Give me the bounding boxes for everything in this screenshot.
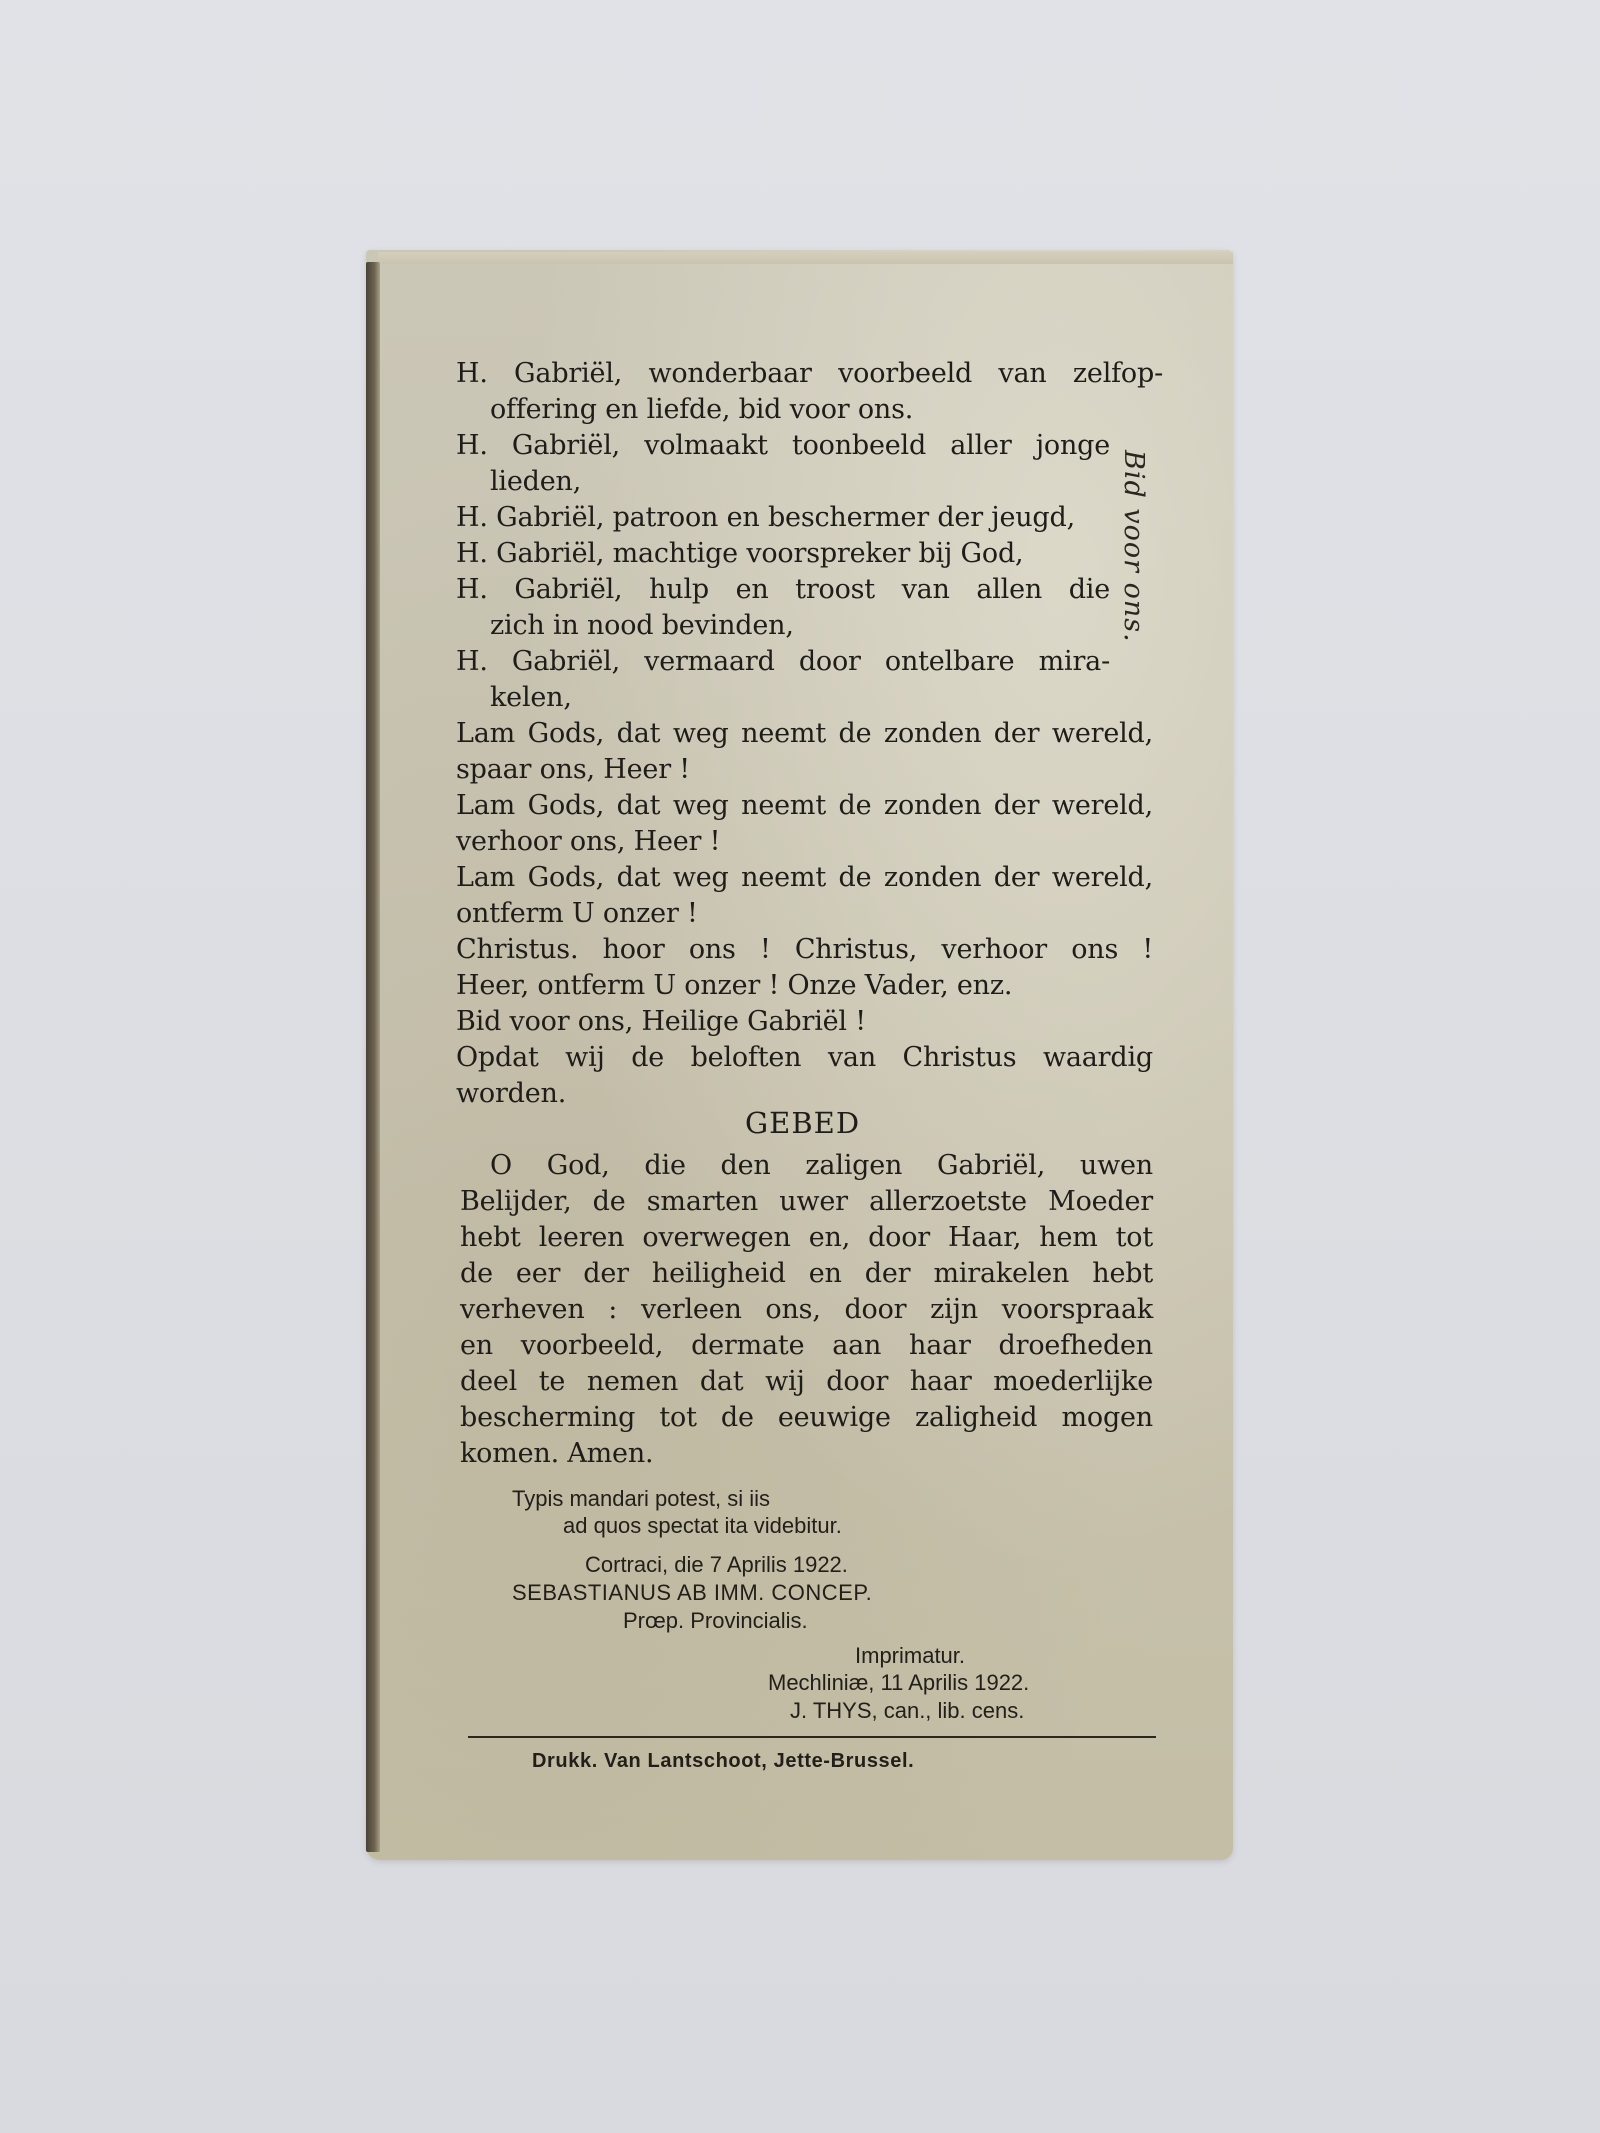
litany-line: Lam Gods, dat weg neemt de zonden der we… <box>456 788 1153 824</box>
approbation-line-2: ad quos spectat ita videbitur. <box>563 1513 842 1539</box>
approbation-signatory: SEBASTIANUS AB IMM. CONCEP. <box>512 1580 872 1606</box>
prayer-line: hebt leeren overwegen en, door Haar, hem… <box>460 1220 1153 1256</box>
litany-line: zich in nood bevinden, <box>490 608 794 644</box>
approbation-place-date: Cortraci, die 7 Aprilis 1922. <box>585 1552 848 1578</box>
litany-line: worden. <box>456 1076 566 1112</box>
prayer-line: komen. Amen. <box>460 1436 653 1472</box>
litany-line: ontferm U onzer ! <box>456 896 698 932</box>
prayer-line: O God, die den zaligen Gabriël, uwen <box>490 1148 1153 1184</box>
prayer-line: en voorbeeld, dermate aan haar droefhede… <box>460 1328 1153 1364</box>
litany-line: Christus. hoor ons ! Christus, verhoor o… <box>456 932 1153 968</box>
litany-line: offering en liefde, bid voor ons. <box>490 392 913 428</box>
litany-line: Bid voor ons, Heilige Gabriël ! <box>456 1004 866 1040</box>
litany-line: H. Gabriël, patroon en beschermer der je… <box>456 500 1075 536</box>
card-top-edge <box>378 252 1233 264</box>
litany-line: H. Gabriël, hulp en troost van allen die <box>456 572 1110 608</box>
side-response-vertical: Bid voor ons. <box>1118 450 1149 643</box>
imprimatur-place-date: Mechliniæ, 11 Aprilis 1922. <box>768 1670 1029 1696</box>
imprimatur-label: Imprimatur. <box>855 1643 965 1669</box>
printer-credit: Drukk. Van Lantschoot, Jette-Brussel. <box>532 1750 914 1773</box>
litany-line: H. Gabriël, volmaakt toonbeeld aller jon… <box>456 428 1110 464</box>
approbation-signatory-title: Prœp. Provincialis. <box>623 1608 808 1634</box>
card-left-fold-edge <box>366 262 380 1852</box>
approbation-line-1: Typis mandari potest, si iis <box>512 1486 770 1512</box>
litany-line: kelen, <box>490 680 572 716</box>
litany-line: Opdat wij de beloften van Christus waard… <box>456 1040 1153 1076</box>
litany-line: spaar ons, Heer ! <box>456 752 690 788</box>
prayer-line: deel te nemen dat wij door haar moederli… <box>460 1364 1153 1400</box>
litany-line: H. Gabriël, wonderbaar voorbeeld van zel… <box>456 356 1163 392</box>
imprimatur-censor: J. THYS, can., lib. cens. <box>790 1698 1024 1724</box>
litany-line: Heer, ontferm U onzer ! Onze Vader, enz. <box>456 968 1012 1004</box>
prayer-line: bescherming tot de eeuwige zaligheid mog… <box>460 1400 1153 1436</box>
prayer-line: verheven : verleen ons, door zijn voorsp… <box>460 1292 1153 1328</box>
litany-line: H. Gabriël, vermaard door ontelbare mira… <box>456 644 1110 680</box>
prayer-line: Belijder, de smarten uwer allerzoetste M… <box>460 1184 1153 1220</box>
litany-line: verhoor ons, Heer ! <box>456 824 720 860</box>
prayer-line: de eer der heiligheid en der mirakelen h… <box>460 1256 1153 1292</box>
prayer-heading: GEBED <box>745 1106 860 1140</box>
litany-line: Lam Gods, dat weg neemt de zonden der we… <box>456 860 1153 896</box>
footer-divider <box>468 1736 1156 1738</box>
litany-line: H. Gabriël, machtige voorspreker bij God… <box>456 536 1023 572</box>
litany-line: lieden, <box>490 464 581 500</box>
litany-line: Lam Gods, dat weg neemt de zonden der we… <box>456 716 1153 752</box>
